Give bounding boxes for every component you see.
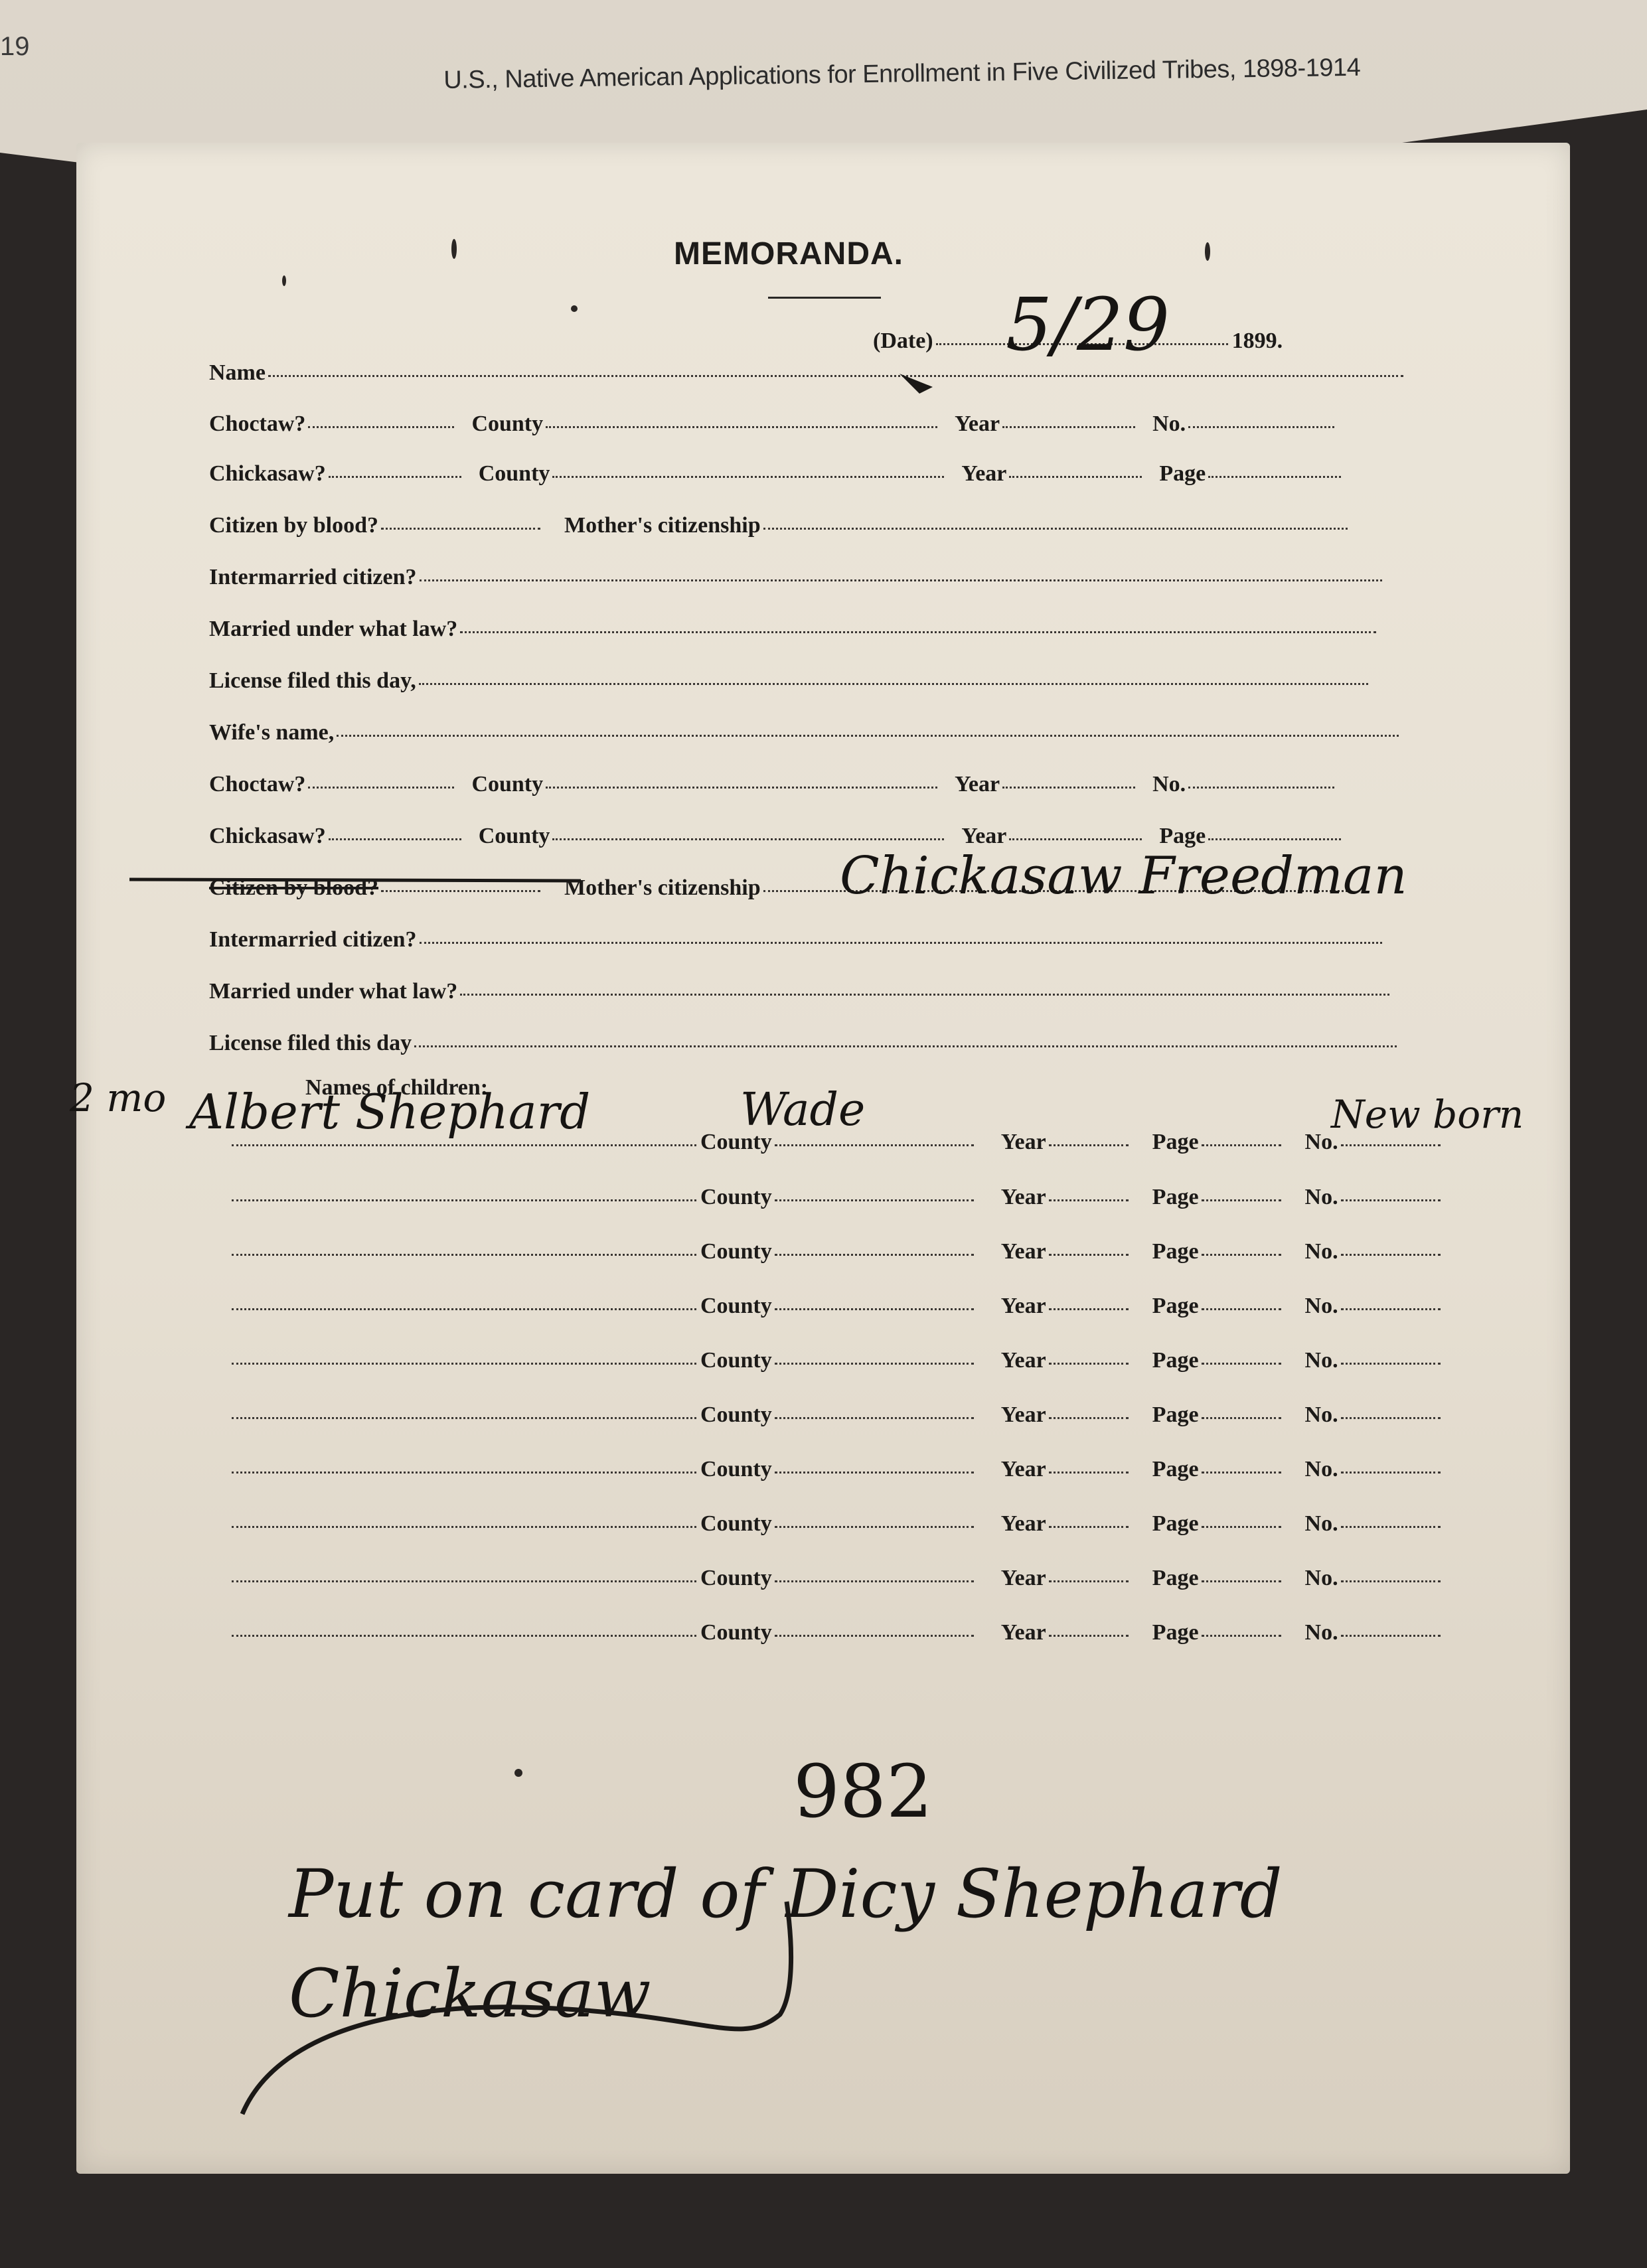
ink-speck bbox=[514, 1769, 522, 1777]
mothers-citizenship-label: Mother's citizenship bbox=[564, 875, 761, 901]
child-name-field[interactable] bbox=[232, 1254, 696, 1256]
child-name-field[interactable] bbox=[232, 1363, 696, 1365]
child-year-field[interactable] bbox=[1049, 1199, 1129, 1201]
child-county-field[interactable] bbox=[775, 1254, 974, 1256]
name-label: Name bbox=[209, 360, 266, 386]
child-county-field[interactable] bbox=[775, 1635, 974, 1637]
married-law-field[interactable] bbox=[460, 631, 1376, 633]
mothers-citizenship-field[interactable] bbox=[763, 528, 1348, 530]
child-name-field[interactable] bbox=[232, 1635, 696, 1637]
county-label: County bbox=[700, 1620, 772, 1645]
page-label: Page bbox=[1152, 1294, 1199, 1319]
wife-license-row: License filed this day bbox=[209, 1031, 1401, 1056]
year-label: Year bbox=[1001, 1130, 1046, 1155]
name-field[interactable] bbox=[268, 375, 1403, 377]
wife-name-label: Wife's name, bbox=[209, 720, 334, 745]
page-label: Page bbox=[1159, 461, 1206, 487]
married-law-field[interactable] bbox=[460, 994, 1389, 996]
page-label: Page bbox=[1159, 824, 1206, 849]
note-line2-handwritten: Chickasaw bbox=[289, 1955, 651, 2032]
child-no-field[interactable] bbox=[1341, 1526, 1441, 1528]
child-page-field[interactable] bbox=[1202, 1417, 1281, 1419]
mothers-citizenship-handwritten: Chickasaw Freedman bbox=[840, 846, 1407, 906]
card-number-handwritten: 982 bbox=[793, 1749, 933, 1834]
no-label: No. bbox=[1305, 1620, 1338, 1645]
no-label: No. bbox=[1305, 1239, 1338, 1264]
child-row: County Year Page No. bbox=[229, 1348, 1445, 1373]
no-label: No. bbox=[1152, 412, 1186, 437]
child-page-field[interactable] bbox=[1202, 1363, 1281, 1365]
child-county-field[interactable] bbox=[775, 1308, 974, 1310]
child-page-field[interactable] bbox=[1202, 1254, 1281, 1256]
year-label: Year bbox=[1001, 1294, 1046, 1319]
form-title: MEMORANDA. bbox=[674, 236, 903, 272]
county-label: County bbox=[700, 1402, 772, 1428]
child-year-field[interactable] bbox=[1049, 1580, 1129, 1582]
county-label: County bbox=[471, 412, 543, 437]
year-label: Year bbox=[1001, 1348, 1046, 1373]
no-field[interactable] bbox=[1188, 787, 1334, 789]
date-year: 1899. bbox=[1232, 329, 1283, 354]
ink-speck bbox=[451, 239, 457, 259]
county-label: County bbox=[479, 461, 550, 487]
child-row: County Year Page No. bbox=[229, 1457, 1445, 1482]
child-name-field[interactable] bbox=[232, 1472, 696, 1474]
title-rule bbox=[768, 297, 881, 299]
no-label: No. bbox=[1305, 1511, 1338, 1537]
chickasaw-field[interactable] bbox=[329, 476, 461, 478]
child-row: County Year Page No. bbox=[229, 1511, 1445, 1537]
child-no-field[interactable] bbox=[1341, 1144, 1441, 1146]
county-label: County bbox=[700, 1511, 772, 1537]
year-label: Year bbox=[1001, 1511, 1046, 1537]
child-no-field[interactable] bbox=[1341, 1199, 1441, 1201]
wife-married-law-row: Married under what law? bbox=[209, 979, 1393, 1004]
memoranda-form: MEMORANDA. (Date) 1899. 5/29 Name Chocta… bbox=[76, 143, 1570, 2174]
child-name-field[interactable] bbox=[232, 1580, 696, 1582]
year-field[interactable] bbox=[1009, 838, 1142, 840]
child-county-field[interactable] bbox=[775, 1144, 974, 1146]
page-label: Page bbox=[1152, 1185, 1199, 1210]
child-no-field[interactable] bbox=[1341, 1417, 1441, 1419]
note-line1-handwritten: Put on card of Dicy Shephard bbox=[289, 1855, 1283, 1933]
child-name-field[interactable] bbox=[232, 1417, 696, 1419]
child-name-field[interactable] bbox=[232, 1526, 696, 1528]
wife-name-field[interactable] bbox=[337, 735, 1399, 737]
child-year-field[interactable] bbox=[1049, 1254, 1129, 1256]
child-no-field[interactable] bbox=[1341, 1308, 1441, 1310]
intermarried-field[interactable] bbox=[420, 942, 1382, 944]
husband-chickasaw-row: Chickasaw? County Year Page bbox=[209, 461, 1345, 487]
wife-name-row: Wife's name, bbox=[209, 720, 1403, 745]
name-row: Name bbox=[209, 360, 1407, 386]
child-row: County Year Page No. bbox=[229, 1620, 1445, 1645]
year-label: Year bbox=[955, 772, 1000, 797]
county-label: County bbox=[700, 1239, 772, 1264]
chickasaw-field[interactable] bbox=[329, 838, 461, 840]
year-label: Year bbox=[1001, 1239, 1046, 1264]
child-county-field[interactable] bbox=[775, 1580, 974, 1582]
page-label: Page bbox=[1152, 1239, 1199, 1264]
ink-speck bbox=[571, 305, 578, 312]
choctaw-field[interactable] bbox=[308, 426, 454, 428]
no-label: No. bbox=[1152, 772, 1186, 797]
chickasaw-label: Chickasaw? bbox=[209, 461, 326, 487]
year-label: Year bbox=[1001, 1457, 1046, 1482]
no-label: No. bbox=[1305, 1348, 1338, 1373]
child-year-field[interactable] bbox=[1049, 1363, 1129, 1365]
county-field[interactable] bbox=[546, 787, 937, 789]
year-field[interactable] bbox=[1002, 426, 1135, 428]
choctaw-label: Choctaw? bbox=[209, 412, 305, 437]
husband-choctaw-row: Choctaw? County Year No. bbox=[209, 412, 1338, 437]
child-no-field[interactable] bbox=[1341, 1635, 1441, 1637]
husband-intermarried-row: Intermarried citizen? bbox=[209, 565, 1386, 590]
husband-married-law-row: Married under what law? bbox=[209, 617, 1380, 642]
county-label: County bbox=[700, 1294, 772, 1319]
year-field[interactable] bbox=[1009, 476, 1142, 478]
wife-intermarried-row: Intermarried citizen? bbox=[209, 927, 1386, 952]
mothers-citizenship-label: Mother's citizenship bbox=[564, 513, 761, 538]
married-law-label: Married under what law? bbox=[209, 979, 457, 1004]
year-label: Year bbox=[1001, 1185, 1046, 1210]
page-label: Page bbox=[1152, 1402, 1199, 1428]
child-county-field[interactable] bbox=[775, 1199, 974, 1201]
child-page-field[interactable] bbox=[1202, 1199, 1281, 1201]
page-label: Page bbox=[1152, 1348, 1199, 1373]
child-year-field[interactable] bbox=[1049, 1308, 1129, 1310]
ink-speck bbox=[1205, 242, 1210, 261]
married-law-label: Married under what law? bbox=[209, 617, 457, 642]
license-label: License filed this day bbox=[209, 1031, 412, 1056]
no-label: No. bbox=[1305, 1185, 1338, 1210]
page-field[interactable] bbox=[1208, 476, 1341, 478]
child-year-field[interactable] bbox=[1049, 1144, 1129, 1146]
chickasaw-label: Chickasaw? bbox=[209, 824, 326, 849]
citizen-by-blood-field[interactable] bbox=[381, 528, 540, 530]
child-page-field[interactable] bbox=[1202, 1308, 1281, 1310]
child-no-field[interactable] bbox=[1341, 1472, 1441, 1474]
child-row: County Year Page No. bbox=[229, 1566, 1445, 1591]
child-county-field[interactable] bbox=[775, 1363, 974, 1365]
year-label: Year bbox=[955, 412, 1000, 437]
child-row: County Year Page No. bbox=[229, 1185, 1445, 1210]
child-page-field[interactable] bbox=[1202, 1635, 1281, 1637]
page-label: Page bbox=[1152, 1620, 1199, 1645]
county-label: County bbox=[479, 824, 550, 849]
county-label: County bbox=[700, 1185, 772, 1210]
child-county-field[interactable] bbox=[775, 1417, 974, 1419]
page-label: Page bbox=[1152, 1511, 1199, 1537]
citizen-by-blood-field[interactable] bbox=[381, 890, 540, 892]
county-label: County bbox=[471, 772, 543, 797]
child-county-field[interactable] bbox=[775, 1526, 974, 1528]
child-year-field[interactable] bbox=[1049, 1635, 1129, 1637]
citizen-by-blood-label-struck: Citizen by blood? bbox=[209, 875, 378, 901]
child-row: County Year Page No. bbox=[229, 1402, 1445, 1428]
child-name-field[interactable] bbox=[232, 1199, 696, 1201]
child-name-field[interactable] bbox=[232, 1144, 696, 1146]
no-label: No. bbox=[1305, 1294, 1338, 1319]
county-label: County bbox=[700, 1566, 772, 1591]
child-name-handwritten: Albert Shephard bbox=[189, 1084, 590, 1140]
child-name-field[interactable] bbox=[232, 1308, 696, 1310]
no-label: No. bbox=[1305, 1457, 1338, 1482]
intermarried-label: Intermarried citizen? bbox=[209, 565, 417, 590]
choctaw-label: Choctaw? bbox=[209, 772, 305, 797]
child-county-handwritten: Wade bbox=[740, 1084, 865, 1136]
child-page-field[interactable] bbox=[1202, 1472, 1281, 1474]
child-year-field[interactable] bbox=[1049, 1417, 1129, 1419]
intermarried-field[interactable] bbox=[420, 579, 1382, 581]
county-field[interactable] bbox=[546, 426, 937, 428]
child-year-field[interactable] bbox=[1049, 1526, 1129, 1528]
no-field[interactable] bbox=[1188, 426, 1334, 428]
child-age-handwritten: 2 mo bbox=[70, 1075, 166, 1120]
page-label: Page bbox=[1152, 1457, 1199, 1482]
county-field[interactable] bbox=[552, 838, 944, 840]
license-label: License filed this day, bbox=[209, 668, 416, 694]
intermarried-label: Intermarried citizen? bbox=[209, 927, 417, 952]
husband-license-row: License filed this day, bbox=[209, 668, 1372, 694]
no-label: No. bbox=[1305, 1566, 1338, 1591]
child-row: County Year Page No. bbox=[229, 1294, 1445, 1319]
choctaw-field[interactable] bbox=[308, 787, 454, 789]
license-field[interactable] bbox=[419, 683, 1368, 685]
license-field[interactable] bbox=[414, 1045, 1397, 1047]
page-label: Page bbox=[1152, 1130, 1199, 1155]
ink-speck bbox=[282, 275, 286, 286]
child-page-field[interactable] bbox=[1202, 1580, 1281, 1582]
year-label: Year bbox=[1001, 1620, 1046, 1645]
year-label: Year bbox=[1001, 1402, 1046, 1428]
wife-choctaw-row: Choctaw? County Year No. bbox=[209, 772, 1338, 797]
date-label: (Date) bbox=[873, 329, 933, 354]
county-label: County bbox=[700, 1348, 772, 1373]
wife-chickasaw-row: Chickasaw? County Year Page bbox=[209, 824, 1345, 849]
county-label: County bbox=[700, 1457, 772, 1482]
date-handwritten: 5/29 bbox=[1006, 282, 1170, 367]
child-page-field[interactable] bbox=[1202, 1144, 1281, 1146]
page-number: 19 bbox=[0, 32, 30, 62]
child-no-field[interactable] bbox=[1341, 1254, 1441, 1256]
memoranda-document: MEMORANDA. (Date) 1899. 5/29 Name Chocta… bbox=[76, 143, 1570, 2174]
child-county-field[interactable] bbox=[775, 1472, 974, 1474]
citizen-by-blood-label: Citizen by blood? bbox=[209, 513, 378, 538]
husband-citizen-blood-row: Citizen by blood? Mother's citizenship bbox=[209, 513, 1352, 538]
page-label: Page bbox=[1152, 1566, 1199, 1591]
no-label: No. bbox=[1305, 1402, 1338, 1428]
child-no-field[interactable] bbox=[1341, 1363, 1441, 1365]
child-year-field[interactable] bbox=[1049, 1472, 1129, 1474]
county-field[interactable] bbox=[552, 476, 944, 478]
child-no-field[interactable] bbox=[1341, 1580, 1441, 1582]
child-row: County Year Page No. bbox=[229, 1239, 1445, 1264]
year-label: Year bbox=[1001, 1566, 1046, 1591]
page-field[interactable] bbox=[1208, 838, 1341, 840]
year-field[interactable] bbox=[1002, 787, 1135, 789]
child-no-handwritten: New born bbox=[1331, 1092, 1524, 1137]
year-label: Year bbox=[961, 824, 1006, 849]
year-label: Year bbox=[961, 461, 1006, 487]
child-page-field[interactable] bbox=[1202, 1526, 1281, 1528]
